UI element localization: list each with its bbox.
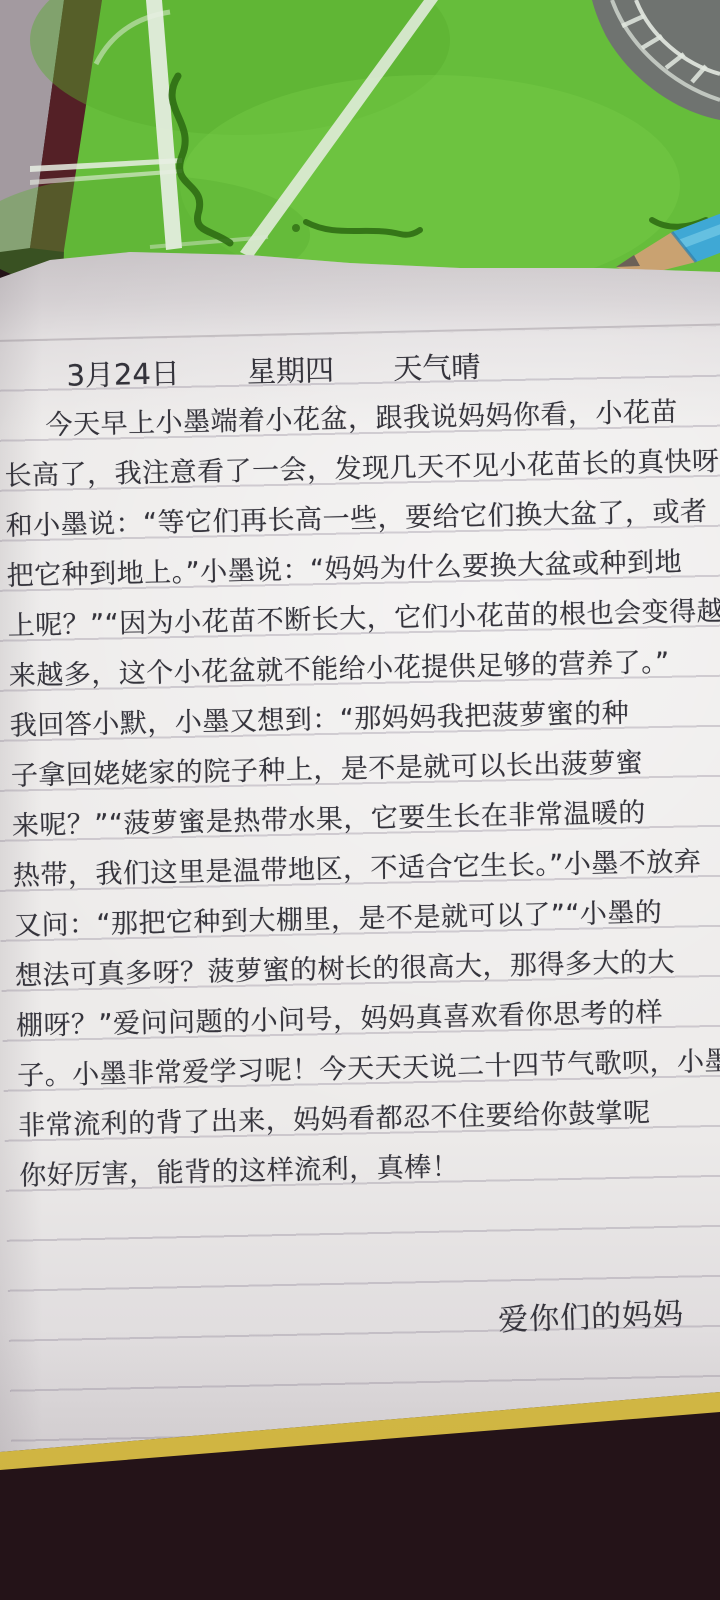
- diary-weekday: 星期四: [247, 353, 335, 389]
- photo-of-diary: { "scene": { "description": "photo of a …: [0, 0, 720, 1600]
- diary-signature: 爱你们的妈妈: [497, 1289, 684, 1339]
- diary-date: 3月24日: [66, 356, 180, 392]
- marker-dot: [292, 224, 300, 232]
- photo-frame: 3月24日 星期四 天气晴 今天早上小墨端着小花盆，跟我说妈妈你看，小花苗 长高…: [0, 0, 720, 1600]
- handwritten-text: 3月24日 星期四 天气晴 今天早上小墨端着小花盆，跟我说妈妈你看，小花苗 长高…: [0, 336, 720, 1202]
- diary-weather: 天气晴: [393, 350, 481, 386]
